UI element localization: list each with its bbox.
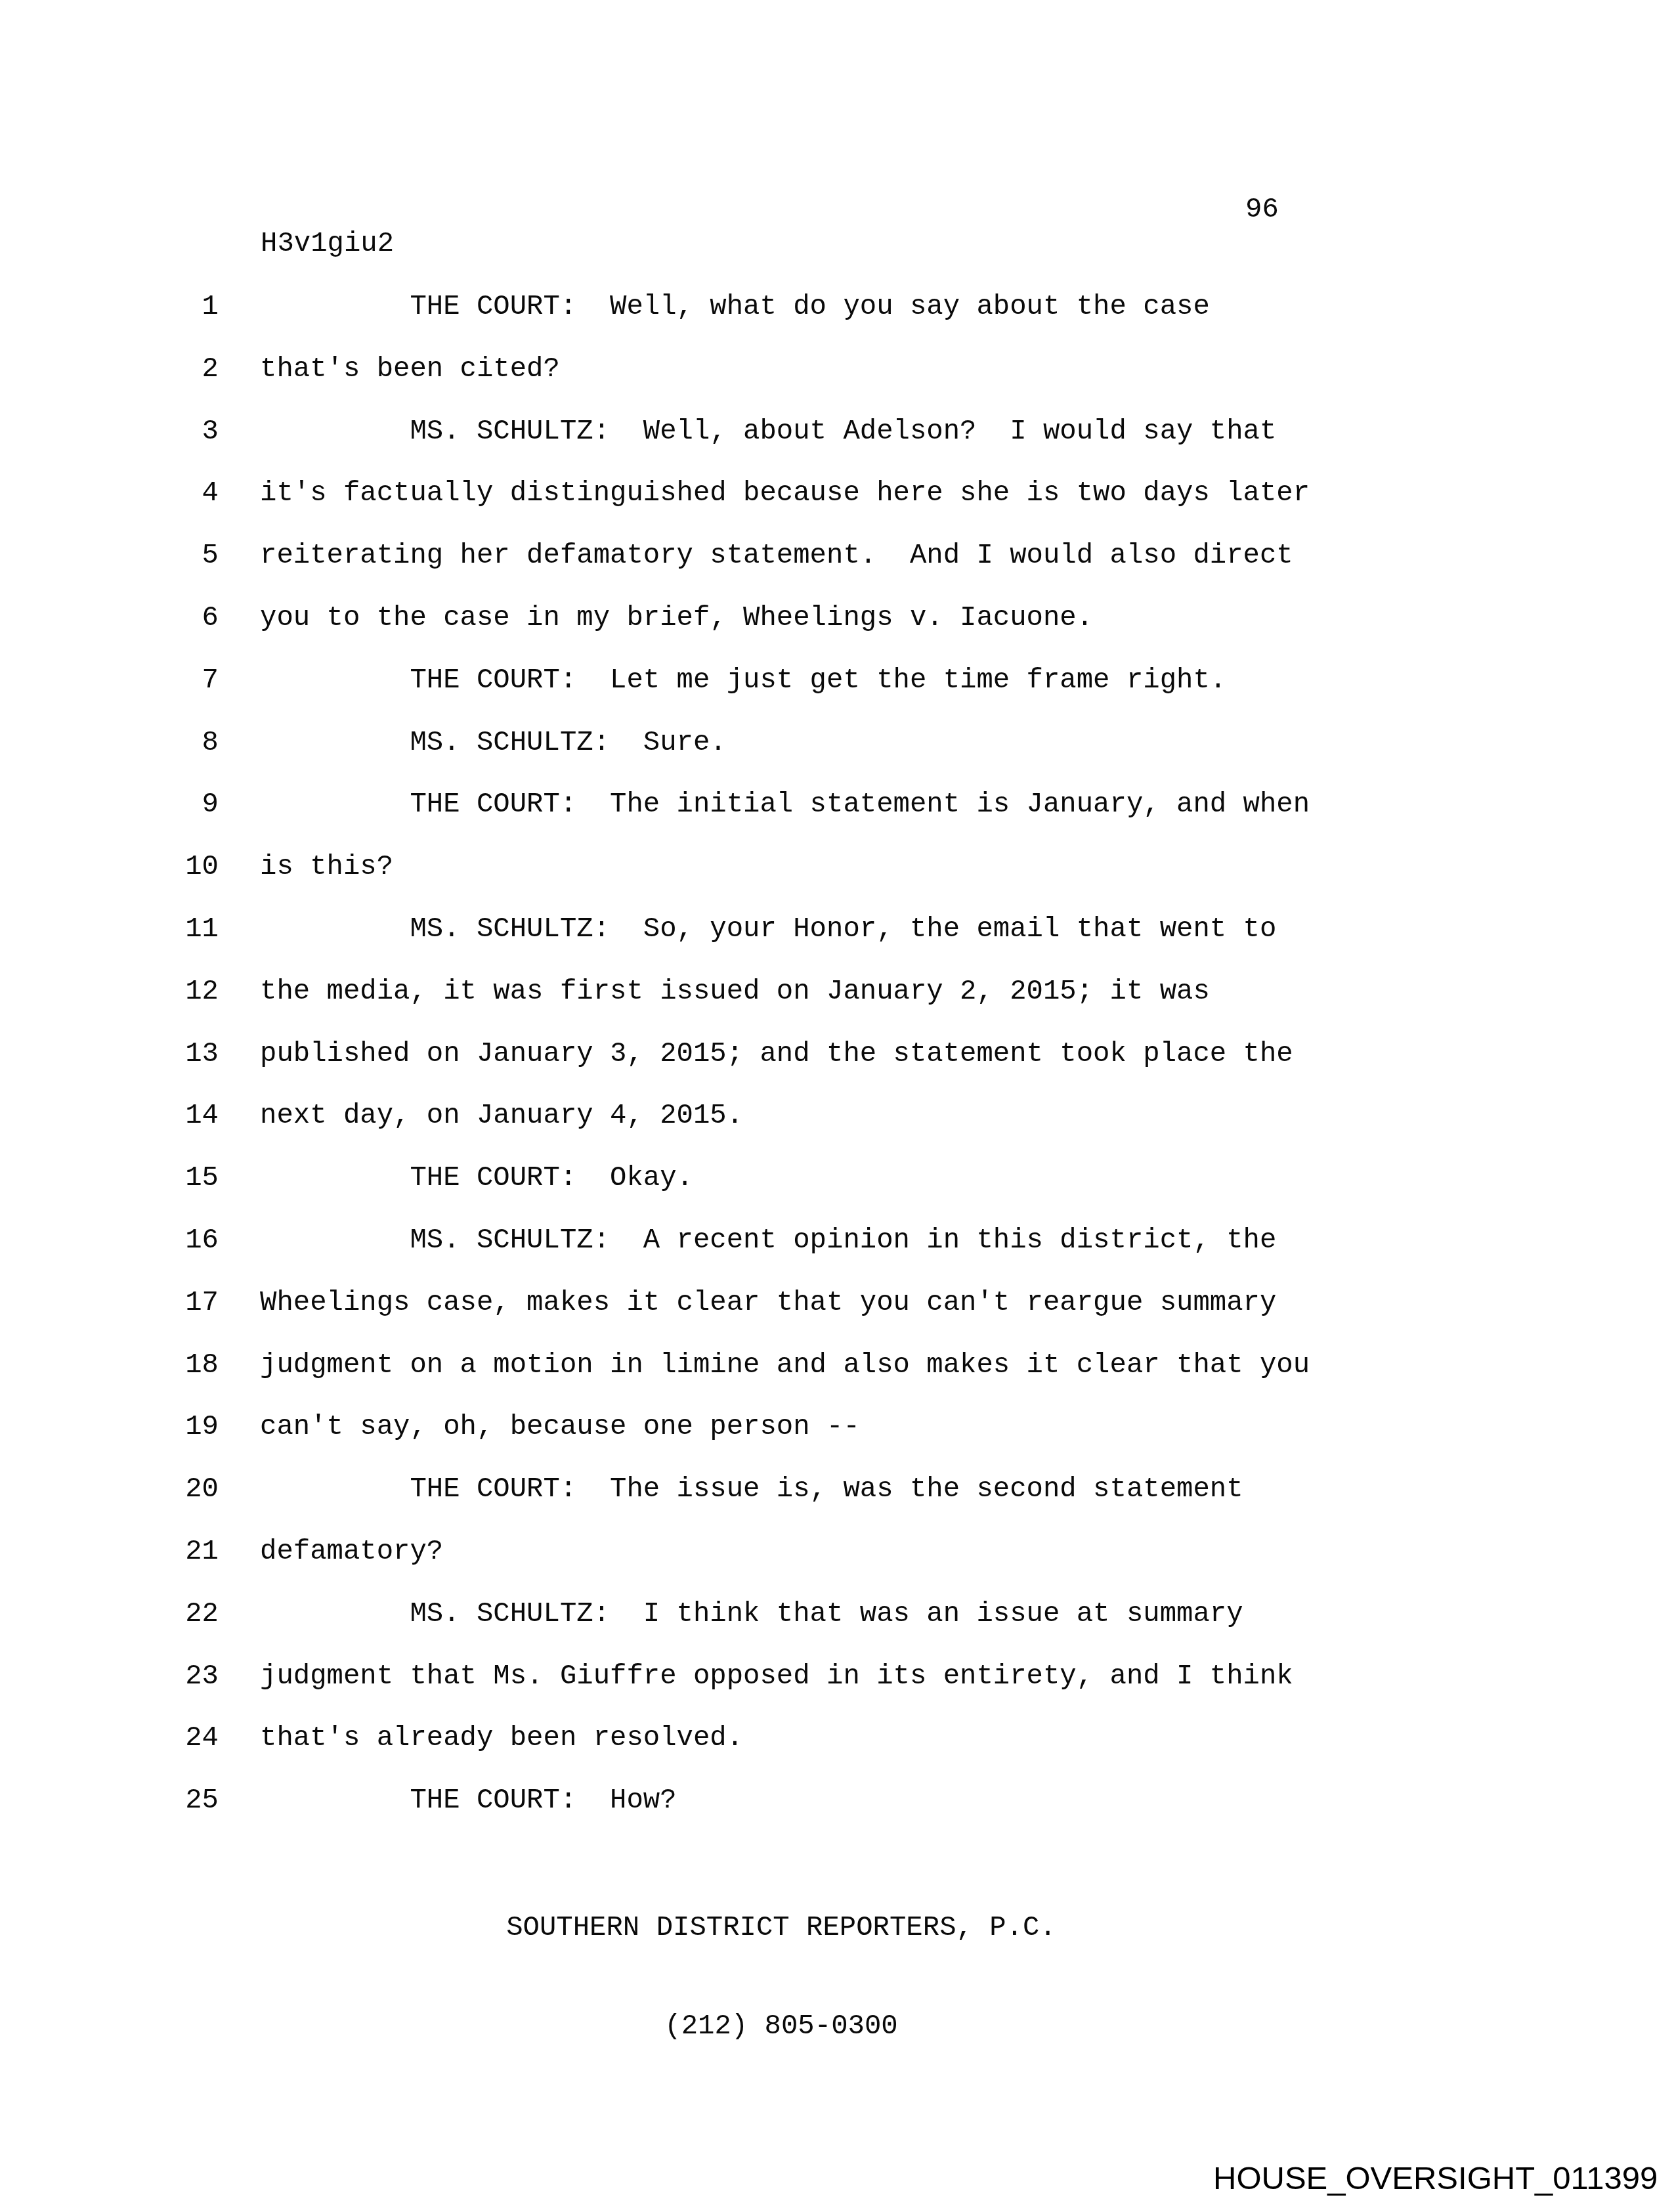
line-number: 19 bbox=[0, 1396, 219, 1458]
transcript-line: 4 it's factually distinguished because h… bbox=[0, 462, 1674, 525]
line-text: judgment that Ms. Giuffre opposed in its… bbox=[260, 1645, 1293, 1708]
line-number: 20 bbox=[0, 1458, 219, 1521]
line-text: MS. SCHULTZ: I think that was an issue a… bbox=[260, 1583, 1243, 1645]
transcript-line: 9 THE COURT: The initial statement is Ja… bbox=[0, 773, 1674, 836]
line-text: next day, on January 4, 2015. bbox=[260, 1085, 743, 1147]
line-text: defamatory? bbox=[260, 1521, 443, 1583]
line-number: 17 bbox=[0, 1272, 219, 1334]
transcript-line: 7 THE COURT: Let me just get the time fr… bbox=[0, 649, 1674, 712]
line-text: that's already been resolved. bbox=[260, 1707, 743, 1769]
line-text: THE COURT: How? bbox=[260, 1769, 677, 1832]
line-text: reiterating her defamatory statement. An… bbox=[260, 525, 1293, 587]
transcript-line: 22 MS. SCHULTZ: I think that was an issu… bbox=[0, 1583, 1674, 1645]
transcript-line: 11 MS. SCHULTZ: So, your Honor, the emai… bbox=[0, 898, 1674, 961]
transcript-line: 1 THE COURT: Well, what do you say about… bbox=[0, 276, 1674, 338]
line-text: THE COURT: The issue is, was the second … bbox=[260, 1458, 1243, 1521]
transcript-line: 21 defamatory? bbox=[0, 1521, 1674, 1583]
line-text: MS. SCHULTZ: Sure. bbox=[260, 712, 727, 774]
transcript-page: 96 H3v1giu2 1 THE COURT: Well, what do y… bbox=[0, 0, 1674, 2212]
transcript-line: 17 Wheelings case, makes it clear that y… bbox=[0, 1272, 1674, 1334]
line-text: judgment on a motion in limine and also … bbox=[260, 1334, 1310, 1397]
transcript-body: 1 THE COURT: Well, what do you say about… bbox=[0, 276, 1674, 1832]
line-number: 18 bbox=[0, 1334, 219, 1397]
line-number: 15 bbox=[0, 1147, 219, 1209]
transcript-line: 16 MS. SCHULTZ: A recent opinion in this… bbox=[0, 1209, 1674, 1272]
line-text: THE COURT: Let me just get the time fram… bbox=[260, 649, 1226, 712]
line-number: 3 bbox=[0, 401, 219, 463]
line-text: the media, it was first issued on Januar… bbox=[260, 961, 1210, 1023]
reporter-phone: (212) 805-0300 bbox=[259, 2010, 1303, 2043]
line-number: 23 bbox=[0, 1645, 219, 1708]
transcript-line: 5 reiterating her defamatory statement. … bbox=[0, 525, 1674, 587]
line-text: THE COURT: The initial statement is Janu… bbox=[260, 773, 1310, 836]
line-text: you to the case in my brief, Wheelings v… bbox=[260, 587, 1093, 649]
line-text: MS. SCHULTZ: Well, about Adelson? I woul… bbox=[260, 401, 1276, 463]
line-number: 2 bbox=[0, 338, 219, 401]
line-number: 22 bbox=[0, 1583, 219, 1645]
line-text: MS. SCHULTZ: A recent opinion in this di… bbox=[260, 1209, 1276, 1272]
line-text: that's been cited? bbox=[260, 338, 560, 401]
line-number: 14 bbox=[0, 1085, 219, 1147]
line-text: Wheelings case, makes it clear that you … bbox=[260, 1272, 1276, 1334]
transcript-line: 18 judgment on a motion in limine and al… bbox=[0, 1334, 1674, 1397]
transcript-line: 25 THE COURT: How? bbox=[0, 1769, 1674, 1832]
transcript-line: 10 is this? bbox=[0, 836, 1674, 898]
line-text: MS. SCHULTZ: So, your Honor, the email t… bbox=[260, 898, 1276, 961]
line-text: can't say, oh, because one person -- bbox=[260, 1396, 860, 1458]
line-number: 6 bbox=[0, 587, 219, 649]
line-text: THE COURT: Okay. bbox=[260, 1147, 693, 1209]
line-text: published on January 3, 2015; and the st… bbox=[260, 1023, 1293, 1085]
transcript-line: 14 next day, on January 4, 2015. bbox=[0, 1085, 1674, 1147]
line-number: 12 bbox=[0, 961, 219, 1023]
line-text: is this? bbox=[260, 836, 393, 898]
transcript-line: 6 you to the case in my brief, Wheelings… bbox=[0, 587, 1674, 649]
reporter-org: SOUTHERN DISTRICT REPORTERS, P.C. bbox=[259, 1911, 1303, 1944]
bates-stamp: HOUSE_OVERSIGHT_011399 bbox=[1213, 2161, 1658, 2196]
transcript-line: 24 that's already been resolved. bbox=[0, 1707, 1674, 1769]
transcript-line: 20 THE COURT: The issue is, was the seco… bbox=[0, 1458, 1674, 1521]
transcript-line: 8 MS. SCHULTZ: Sure. bbox=[0, 712, 1674, 774]
line-text: it's factually distinguished because her… bbox=[260, 462, 1310, 525]
line-number: 25 bbox=[0, 1769, 219, 1832]
line-number: 16 bbox=[0, 1209, 219, 1272]
line-number: 11 bbox=[0, 898, 219, 961]
transcript-line: 13 published on January 3, 2015; and the… bbox=[0, 1023, 1674, 1085]
line-number: 1 bbox=[0, 276, 219, 338]
transcript-session-id: H3v1giu2 bbox=[261, 228, 394, 259]
transcript-line: 12 the media, it was first issued on Jan… bbox=[0, 961, 1674, 1023]
line-text: THE COURT: Well, what do you say about t… bbox=[260, 276, 1210, 338]
line-number: 13 bbox=[0, 1023, 219, 1085]
transcript-line: 3 MS. SCHULTZ: Well, about Adelson? I wo… bbox=[0, 401, 1674, 463]
line-number: 24 bbox=[0, 1707, 219, 1769]
transcript-line: 19 can't say, oh, because one person -- bbox=[0, 1396, 1674, 1458]
line-number: 21 bbox=[0, 1521, 219, 1583]
transcript-line: 2 that's been cited? bbox=[0, 338, 1674, 401]
line-number: 5 bbox=[0, 525, 219, 587]
transcript-line: 15 THE COURT: Okay. bbox=[0, 1147, 1674, 1209]
transcript-line: 23 judgment that Ms. Giuffre opposed in … bbox=[0, 1645, 1674, 1708]
line-number: 8 bbox=[0, 712, 219, 774]
line-number: 9 bbox=[0, 773, 219, 836]
line-number: 10 bbox=[0, 836, 219, 898]
reporter-footer: SOUTHERN DISTRICT REPORTERS, P.C. (212) … bbox=[259, 1846, 1303, 2108]
line-number: 7 bbox=[0, 649, 219, 712]
page-number: 96 bbox=[1245, 194, 1279, 225]
line-number: 4 bbox=[0, 462, 219, 525]
